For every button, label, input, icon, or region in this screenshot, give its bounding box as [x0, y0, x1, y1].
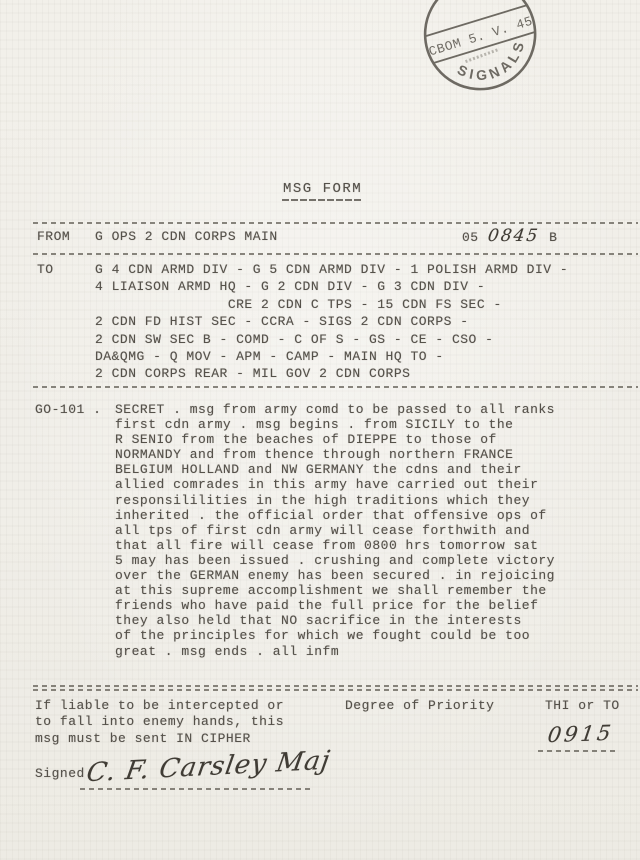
signature-underline — [80, 788, 312, 790]
form-title: MSG FORM — [283, 182, 362, 197]
to-address-list: G 4 CDN ARMD DIV - G 5 CDN ARMD DIV - 1 … — [95, 261, 568, 383]
from-label: FROM — [37, 229, 70, 244]
scanned-msg-form-document: CBOM 5. V. 45 SIGNALS MSG FORM FROM G OP… — [0, 0, 640, 860]
signature-handwritten: C. F. Carsley Maj — [84, 746, 332, 789]
thi-label: THI or TO — [545, 698, 620, 713]
signals-date-stamp: CBOM 5. V. 45 SIGNALS — [393, 0, 569, 112]
divider-dashed — [33, 222, 638, 224]
from-time-typed-suffix: B — [549, 230, 557, 245]
message-ref: GO-101 . — [35, 402, 101, 417]
time-underline — [538, 750, 616, 752]
title-underline — [282, 199, 362, 201]
from-time-group: 05 0845 B — [462, 226, 557, 246]
divider-dashed-thick — [33, 685, 638, 687]
from-value: G OPS 2 CDN CORPS MAIN — [95, 229, 278, 244]
from-time-handwritten: 0845 — [487, 226, 541, 246]
divider-dashed-thick — [33, 689, 638, 691]
message-body: SECRET . msg from army comd to be passed… — [115, 402, 555, 659]
cipher-warning: If liable to be intercepted or to fall i… — [35, 698, 284, 747]
divider-dashed — [33, 253, 638, 255]
priority-label: Degree of Priority — [345, 698, 494, 713]
divider-dashed — [33, 386, 638, 388]
to-label: TO — [37, 262, 54, 277]
time-of-origin-handwritten: 0915 — [546, 721, 615, 747]
from-time-typed-prefix: 05 — [462, 230, 479, 245]
signed-label: Signed — [35, 766, 85, 781]
